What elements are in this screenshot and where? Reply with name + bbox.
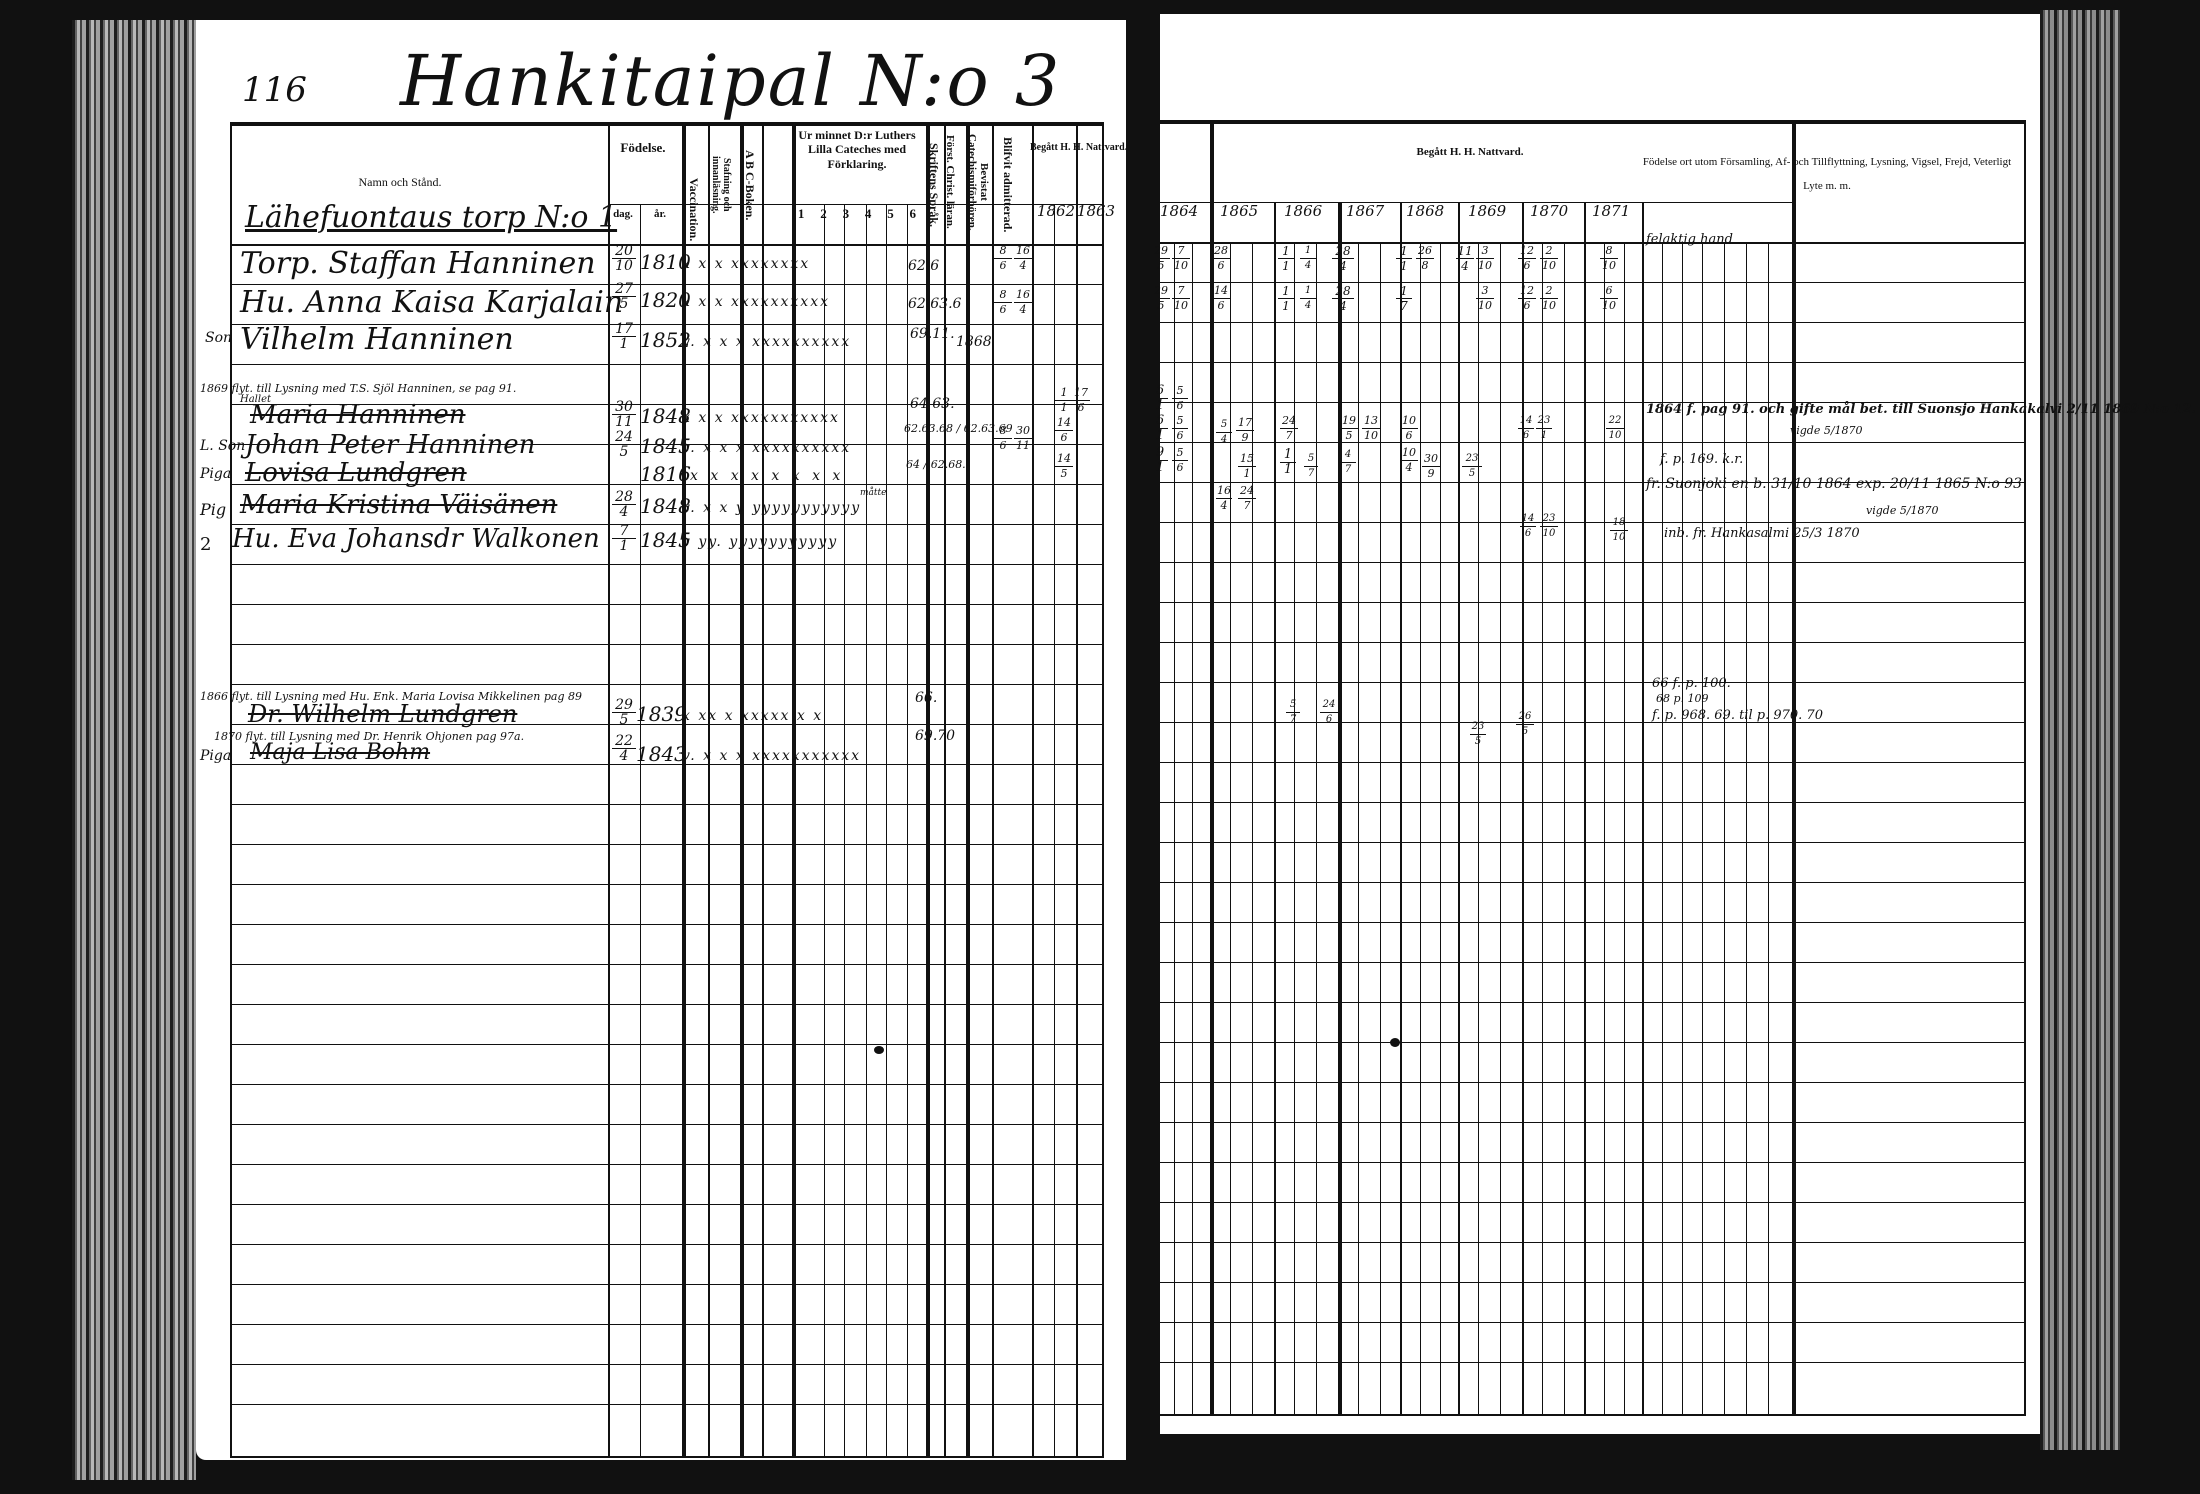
communion-mark: 210 (1540, 284, 1558, 313)
communion-mark: 57 (1304, 452, 1318, 481)
communion-mark: 11 (1278, 244, 1294, 273)
birth-day: 245 (612, 430, 636, 459)
communion-mark: 14 (1300, 284, 1316, 313)
birth-day: 295 (612, 698, 636, 727)
communion-mark: 3011 (1014, 424, 1032, 453)
page-number: 116 (242, 70, 307, 110)
communion-mark: 17 (1396, 284, 1412, 313)
hearings: 69.70 (915, 728, 955, 744)
communion-mark: 295 (1152, 284, 1170, 313)
header-catechism: Ur minnet D:r Luthers Lilla Cateches med… (790, 128, 924, 171)
year-1868: 1868 (1406, 202, 1444, 220)
communion-mark: 246 (1320, 698, 1338, 727)
communion-mark: 2310 (1540, 512, 1558, 541)
communion-mark: 146 (1055, 416, 1073, 445)
communion-mark: 14 (1300, 244, 1316, 273)
communion-mark: 295 (1152, 244, 1170, 273)
header-birth-year: år. (640, 208, 680, 221)
right-register-table (1150, 120, 2026, 1416)
communion-mark: 11 (1055, 386, 1073, 415)
remark-7: f. p. 968. 69. til p. 970. 70 (1652, 708, 1823, 723)
communion-mark: 126 (1518, 244, 1536, 273)
note-above: måtte (860, 488, 886, 498)
communion-mark: 146 (1212, 284, 1230, 313)
communion-mark: 106 (1400, 414, 1418, 443)
communion-mark: 56 (1172, 384, 1188, 413)
communion-mark: 1810 (1610, 516, 1628, 545)
reading-marks: v. x x y yyyyyyyyyyy (682, 500, 861, 516)
communion-mark: 126 (1518, 284, 1536, 313)
catechism-col-1: 1 (790, 206, 812, 222)
communion-mark: 11 (1280, 448, 1296, 477)
hearings: 64 63. (910, 396, 955, 412)
person-name: Maria Kristina Väisänen (240, 490, 557, 520)
communion-mark: 210 (1540, 244, 1558, 273)
catechism-col-4: 4 (857, 206, 879, 222)
communion-mark: 235 (1470, 720, 1486, 749)
communion-mark: 54 (1216, 418, 1232, 447)
header-admitted: Blifvit admitterad. (1000, 130, 1015, 240)
person-name: Hu. Anna Kaisa Karjalain (240, 285, 623, 320)
header-communion-left: Begått H. H. Nattvard. (1030, 142, 1120, 154)
year-1866: 1866 (1284, 202, 1322, 220)
communion-mark: 235 (1462, 452, 1482, 481)
communion-mark: 164 (1014, 244, 1032, 273)
scan-edge-right (2040, 10, 2120, 1450)
communion-mark: 91 (1152, 446, 1168, 475)
relation: L. Son (200, 438, 245, 454)
person-name: Lovisa Lundgren (245, 458, 467, 488)
communion-mark: 1310 (1362, 414, 1380, 443)
communion-mark: 610 (1600, 284, 1618, 313)
header-catechism-hearings: Bevistat Catechismiförhören. (966, 122, 990, 242)
remark-5: inb. fr. Hankasalmi 25/3 1870 (1664, 526, 1860, 541)
communion-mark: 56 (1172, 414, 1188, 443)
hearings: 64 / 62.68. (906, 458, 966, 471)
hearings: 62.63.6 (908, 296, 961, 312)
reading-marks: v. x x x xxxxxxxxxx (682, 440, 851, 456)
hearings: 69.11. (910, 326, 955, 342)
birth-day: 284 (612, 490, 636, 519)
reading-marks: v. x x x xxxxxxxxxx (682, 334, 851, 350)
header-scripture: Skriftens Språk. (926, 130, 941, 240)
communion-mark: 284 (1332, 244, 1354, 273)
communion-mark: 114 (1456, 244, 1474, 273)
year-1865: 1865 (1220, 202, 1258, 220)
catechism-col-6: 6 (902, 206, 924, 222)
year-1870: 1870 (1530, 202, 1568, 220)
communion-mark: 284 (1332, 284, 1354, 313)
remark-6-sub: 68 p. 109 (1656, 692, 1709, 705)
reading-marks: v. x x x xxxxxxxxxxx (682, 748, 861, 764)
communion-mark: 86 (994, 244, 1012, 273)
communion-mark: 86 (994, 288, 1012, 317)
communion-mark: 61 (1152, 414, 1168, 443)
birth-day: 171 (612, 322, 636, 351)
remark-1: felaktig hand (1646, 232, 1733, 247)
catechism-col-2: 2 (812, 206, 834, 222)
year-1867: 1867 (1346, 202, 1384, 220)
communion-mark: 57 (1286, 698, 1300, 727)
communion-mark: 2210 (1606, 414, 1624, 443)
remark-3: f. p. 169. k.r. (1660, 452, 1743, 467)
communion-mark: 146 (1518, 414, 1534, 443)
page-title: Hankitaipal N:o 3 (400, 40, 1061, 122)
communion-mark: 268 (1416, 244, 1434, 273)
communion-mark: 176 (1072, 386, 1090, 415)
communion-mark: 47 (1340, 448, 1356, 477)
relation: Pig (200, 500, 226, 519)
reading-marks: x x x xxxxxxxx (682, 256, 810, 272)
year-1864: 1864 (1160, 202, 1198, 220)
communion-mark: 61 (1152, 384, 1168, 413)
section-heading: Lähefuontaus torp N:o 1 (245, 200, 617, 235)
communion-mark: 710 (1172, 284, 1190, 313)
reading-marks: x xx x xxxxx x x (682, 708, 823, 724)
year-1871: 1871 (1592, 202, 1630, 220)
header-remarks: Födelse ort utom Församling, Af- och Til… (1642, 150, 2012, 198)
communion-mark: 309 (1422, 452, 1440, 481)
ink-spot (1390, 1038, 1400, 1047)
relation: Piga (200, 466, 231, 482)
relation: 2 (200, 534, 211, 555)
birth-day: 71 (612, 524, 636, 553)
communion-mark: 164 (1014, 288, 1032, 317)
communion-mark: 56 (1172, 446, 1188, 475)
relation: Son (205, 330, 232, 346)
admitted-year: 1868 (956, 334, 992, 350)
communion-mark: 310 (1476, 244, 1494, 273)
remark-6: 66 f. p. 100. (1652, 676, 1731, 691)
reading-marks: v yy. yyyyyyyyyyy (682, 534, 838, 550)
communion-mark: 104 (1400, 446, 1418, 475)
birth-day: 2010 (612, 244, 636, 273)
person-name: Dr. Wilhelm Lundgren (248, 700, 517, 728)
year-1869: 1869 (1468, 202, 1506, 220)
person-name: Johan Peter Hanninen (245, 430, 535, 460)
communion-mark: 286 (1212, 244, 1230, 273)
header-birth: Födelse. (606, 140, 680, 156)
person-name: Torp. Staffan Hanninen (240, 246, 596, 281)
communion-mark: 810 (1600, 244, 1618, 273)
hearings: 62.6 (908, 258, 939, 274)
birth-day: 3011 (612, 400, 636, 429)
reading-marks: x x x xxxxxxxxxx (682, 294, 830, 310)
birth-year: 1839 (636, 702, 687, 726)
communion-mark: 247 (1238, 484, 1256, 513)
birth-day: 224 (612, 734, 636, 763)
scan-edge-left (72, 20, 196, 1480)
communion-mark: 11 (1278, 284, 1294, 313)
person-name: Vilhelm Hanninen (240, 322, 514, 357)
communion-mark: 11 (1396, 244, 1412, 273)
communion-mark: 146 (1520, 512, 1536, 541)
header-first-christian: Först. Christ. läran. (944, 122, 956, 242)
year-1862: 1862 (1030, 202, 1082, 220)
communion-mark: 164 (1216, 484, 1232, 513)
communion-mark: 265 (1516, 710, 1534, 739)
communion-mark: 195 (1340, 414, 1358, 443)
person-name: Maria Hanninen (250, 400, 466, 430)
communion-mark: 247 (1280, 414, 1298, 443)
ink-spot (874, 1046, 884, 1054)
communion-mark: 151 (1238, 452, 1256, 481)
header-reading: Stafning och innanläsning. (710, 130, 732, 240)
remark-4: fr. Suonjoki en b. 31/10 1864 exp. 20/11… (1646, 476, 2022, 492)
reading-marks: x x x x x x x x (690, 468, 844, 484)
header-abc-book: A B C-Boken. (742, 130, 757, 240)
catechism-col-5: 5 (879, 206, 901, 222)
hearings: 66. (915, 690, 937, 706)
communion-mark: 145 (1055, 452, 1073, 481)
communion-mark: 310 (1476, 284, 1494, 313)
communion-mark: 231 (1536, 414, 1552, 443)
relation: Piga (200, 748, 231, 764)
birth-year: 1816 (640, 462, 691, 486)
remark-2: 1864 f. pag 91. och gifte mål bet. till … (1646, 402, 2196, 417)
catechism-column-numbers: 1 2 3 4 5 6 (790, 206, 924, 222)
reading-marks: x x x xxxxxxxxxxx (682, 410, 840, 426)
catechism-col-3: 3 (835, 206, 857, 222)
communion-mark: 710 (1172, 244, 1190, 273)
communion-mark: 179 (1236, 416, 1254, 445)
remark-5-sub: vigde 5/1870 (1866, 504, 1939, 517)
communion-mark: 86 (994, 424, 1012, 453)
person-name: Hu. Eva Johansdr Walkonen (232, 524, 600, 554)
birth-year: 1843 (636, 742, 687, 766)
year-1863: 1863 (1076, 202, 1116, 220)
remark-2-sub: vigde 5/1870 (1790, 424, 1863, 437)
person-name: Maja Lisa Bohm (250, 740, 430, 765)
birth-day: 275 (612, 282, 636, 311)
header-name-and-status: Namn och Stånd. (300, 175, 500, 189)
